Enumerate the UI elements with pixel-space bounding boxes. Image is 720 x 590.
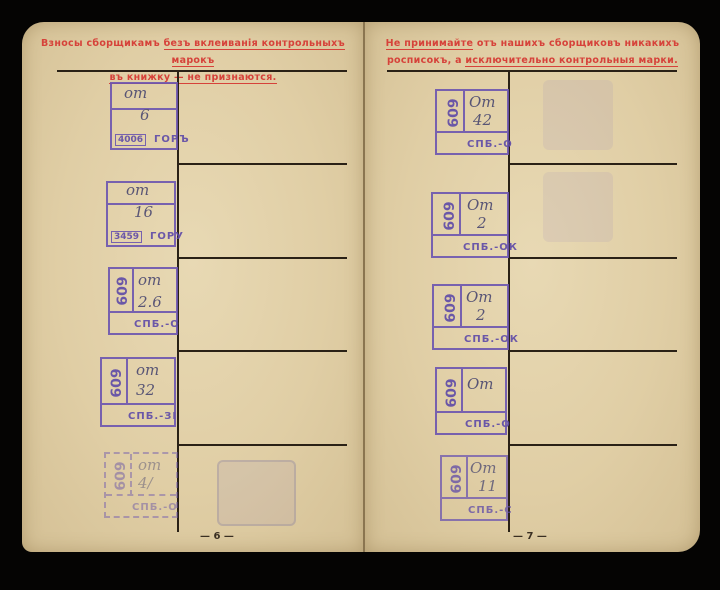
- handwritten-text: от: [138, 271, 161, 289]
- control-stamp: 609 от 2.6 СПБ.-О: [108, 267, 178, 335]
- control-stamp: от 6 4006 ГОРЪ: [110, 82, 178, 150]
- header-text-underlined: безъ вклеиванія контрольныхъ марокъ: [164, 38, 345, 67]
- control-stamp: 609 От 2 СПБ.-ОК: [431, 192, 509, 258]
- handwritten-text: 11: [478, 477, 497, 495]
- stamp-number: 609: [440, 201, 456, 230]
- stamp-code: СПБ.-ЗІ: [128, 411, 177, 422]
- handwritten-text: От: [467, 196, 494, 214]
- control-stamp: 609 От СПБ.-О: [435, 367, 507, 435]
- handwritten-text: 2: [477, 214, 487, 232]
- stamp-code: СПБ.-ОК: [463, 242, 518, 253]
- handwritten-text: от: [124, 84, 147, 102]
- page-number: — 6 —: [200, 531, 234, 542]
- stamp-number: 3459: [111, 231, 142, 243]
- handwritten-text: 2.6: [138, 293, 162, 311]
- stamp-number: 609: [113, 276, 129, 305]
- header-text: Взносы сборщикамъ: [41, 38, 164, 49]
- right-page-header: Не принимайте отъ нашихъ сборщиковъ ника…: [365, 35, 700, 69]
- ruled-line: [510, 163, 677, 165]
- handwritten-text: 16: [134, 203, 153, 221]
- stamp-number: 609: [441, 293, 457, 322]
- stamp-number: 609: [107, 368, 123, 397]
- ruled-line: [57, 70, 347, 72]
- stamp-code: СПБ.-О: [134, 319, 180, 330]
- header-text: росписокъ, а: [387, 55, 465, 66]
- stamp-code: СПБ.-О: [132, 502, 178, 513]
- stamp-offset-ghost: [543, 80, 613, 150]
- control-stamp: 609 От 2 СПБ.-ОК: [432, 284, 509, 350]
- header-text-underlined: исключительно контрольныя марки.: [465, 55, 678, 67]
- stamp-number: 4006: [115, 134, 146, 146]
- handwritten-text: от: [138, 456, 161, 474]
- stamp-offset-ghost: [543, 172, 613, 242]
- stamp-code: СПБ.-О: [467, 139, 513, 150]
- handwritten-text: От: [466, 288, 493, 306]
- handwritten-text: от: [136, 361, 159, 379]
- handwritten-text: 42: [473, 111, 492, 129]
- control-stamp: 609 От 42 СПБ.-О: [435, 89, 509, 155]
- handwritten-text: От: [470, 459, 497, 477]
- header-text: отъ нашихъ сборщиковъ никакихъ: [473, 38, 679, 49]
- ruled-line: [179, 163, 347, 165]
- page-number: — 7 —: [513, 531, 547, 542]
- stamp-code: СПБ.-С: [468, 505, 513, 516]
- handwritten-text: 2: [476, 306, 486, 324]
- stamp-number: 609: [111, 461, 127, 490]
- control-stamp: 609 от 32 СПБ.-ЗІ: [100, 357, 176, 427]
- handwritten-text: 4/: [138, 474, 153, 492]
- left-page: Взносы сборщикамъ безъ вклеиванія контро…: [22, 22, 364, 552]
- handwritten-text: 6: [140, 106, 150, 124]
- ruled-line: [510, 444, 677, 446]
- header-text-underlined: Не принимайте: [386, 38, 474, 50]
- control-stamp: от 16 3459 ГОРУ: [106, 181, 176, 247]
- control-stamp: 609 От 11 СПБ.-С: [440, 455, 508, 521]
- ruled-line: [179, 444, 347, 446]
- control-stamp-faded: 609 от 4/ СПБ.-О: [104, 452, 178, 518]
- ruled-line: [179, 257, 347, 259]
- right-page: Не принимайте отъ нашихъ сборщиковъ ника…: [365, 22, 700, 552]
- stamp-number: 609: [442, 378, 458, 407]
- stamp-number: 609: [447, 464, 463, 493]
- ruled-line: [387, 70, 677, 72]
- stamp-code: ГОРЪ: [154, 134, 190, 145]
- left-page-header: Взносы сборщикамъ безъ вклеиванія контро…: [22, 35, 364, 86]
- ruled-line: [179, 350, 347, 352]
- ruled-line: [510, 257, 677, 259]
- ruled-line: [510, 350, 677, 352]
- handwritten-text: От: [469, 93, 496, 111]
- handwritten-text: От: [467, 375, 494, 393]
- stamp-code: ГОРУ: [150, 231, 184, 242]
- stamp-offset-ghost: [217, 460, 296, 526]
- stamp-number: 609: [444, 98, 460, 127]
- handwritten-text: от: [126, 181, 149, 199]
- stamp-code: СПБ.-ОК: [464, 334, 519, 345]
- stamp-code: СПБ.-О: [465, 419, 511, 430]
- handwritten-text: 32: [136, 381, 155, 399]
